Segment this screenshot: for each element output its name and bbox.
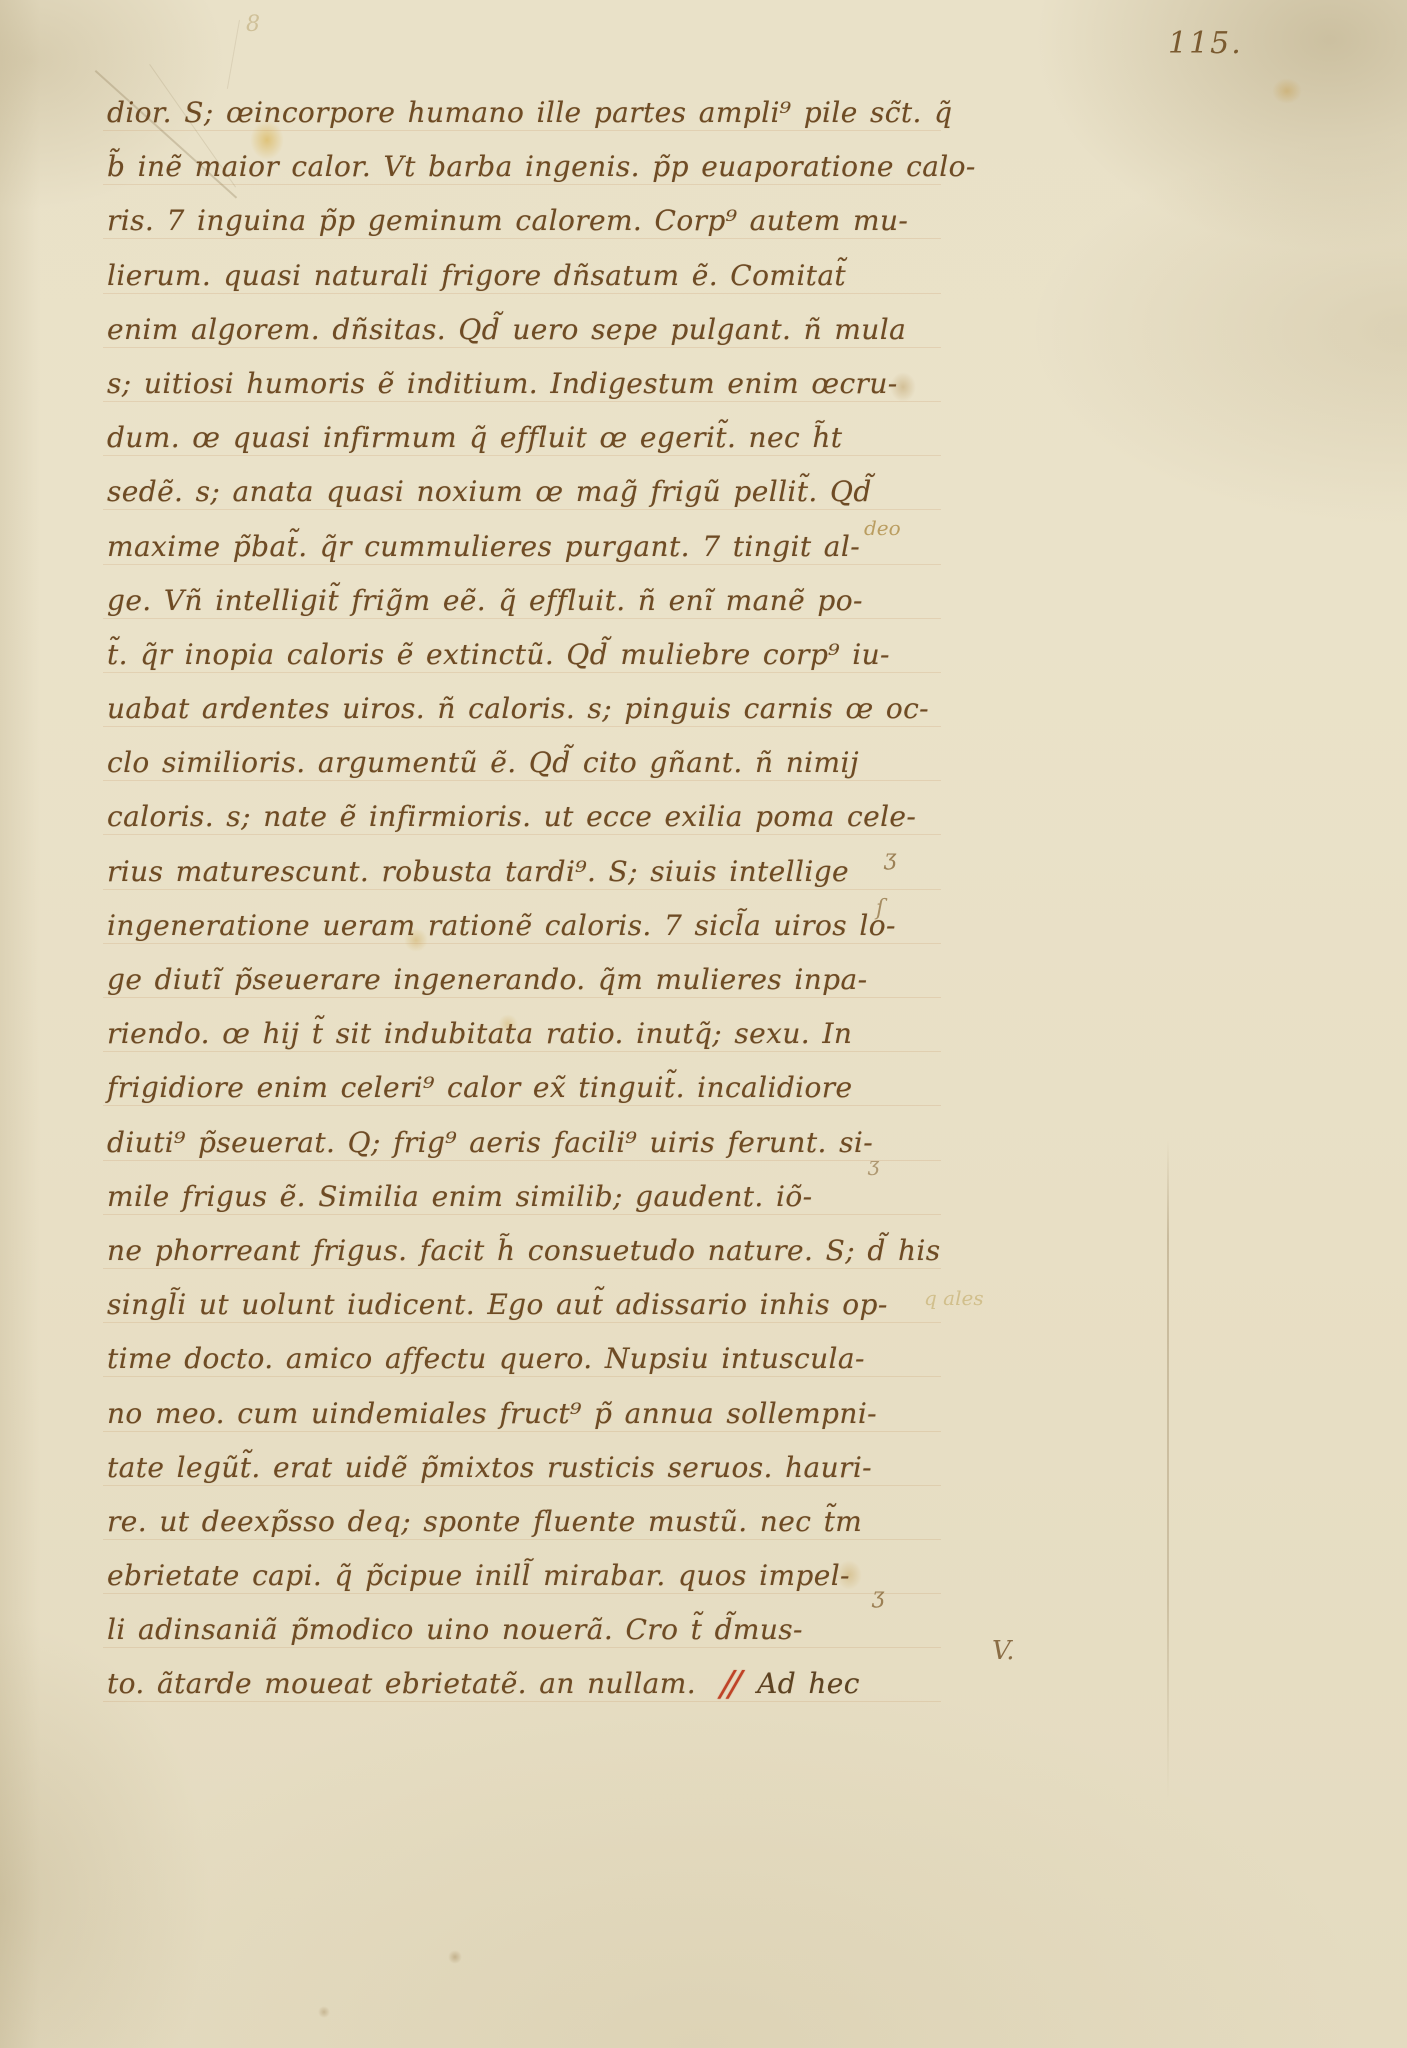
parchment-fold-line [1167, 1140, 1169, 1800]
text-line: re. ut deexp̃sso deq; sponte fluente mus… [107, 1495, 927, 1549]
text-line: s; uitiosi humoris ẽ inditium. Indigestu… [107, 357, 927, 411]
text-line: t̃. q̃r inopia caloris ẽ extinctũ. Qd̃ m… [107, 628, 927, 682]
folio-number: 115. [1168, 26, 1243, 61]
margin-note: 8 [246, 12, 260, 37]
manuscript-page: 115. dior. S; œincorpore humano ille par… [0, 0, 1407, 2048]
text-block: dior. S; œincorpore humano ille partes a… [107, 86, 927, 1712]
text-line: tate legũt̃. erat uidẽ p̃mixtos rusticis… [107, 1441, 927, 1495]
text-line: enim algorem. dñsitas. Qd̃ uero sepe pul… [107, 303, 927, 357]
text-line: li adinsaniã p̃modico uino nouerã. Cro t… [107, 1603, 927, 1657]
text-line: ne phorreant frigus. facit h̃ consuetudo… [107, 1224, 927, 1278]
text-line: clo similioris. argumentũ ẽ. Qd̃ cito gñ… [107, 736, 927, 790]
text-line: sedẽ. s; anata quasi noxium œ mag̃ frigũ… [107, 465, 927, 519]
rubric-text: Ad hec [757, 1667, 860, 1700]
text-line: time docto. amico affectu quero. Nupsiu … [107, 1332, 927, 1386]
text-line: ge. Vñ intelligit̃ frig̃m eẽ. q̃ effluit… [107, 574, 927, 628]
text-line: caloris. s; nate ẽ infirmioris. ut ecce … [107, 790, 927, 844]
text-line: ebrietate capi. q̃ p̃cipue inill̃ miraba… [107, 1549, 927, 1603]
text-line: no meo. cum uindemiales fruct⁹ p̃ annua … [107, 1387, 927, 1441]
parchment-stain [1272, 78, 1302, 104]
text-line: uabat ardentes uiros. ñ caloris. s; ping… [107, 682, 927, 736]
text-line: singl̃i ut uolunt iudicent. Ego aut̃ adi… [107, 1278, 927, 1332]
text-line: b̃ inẽ maior calor. Vt barba ingenis. p̃… [107, 140, 927, 194]
text-line: diuti⁹ p̃seuerat. Q; frig⁹ aeris facili⁹… [107, 1116, 927, 1170]
parchment-crease [227, 20, 240, 89]
last-line-text: to. ãtarde moueat ebrietatẽ. an nullam. [107, 1667, 696, 1700]
text-line-last: to. ãtarde moueat ebrietatẽ. an nullam. … [107, 1657, 927, 1711]
text-line: dum. œ quasi infirmum q̃ effluit œ egeri… [107, 411, 927, 465]
parchment-speck [448, 1950, 462, 1964]
margin-note: q ales [924, 1286, 984, 1310]
text-line: maxime p̃bat̃. q̃r cummulieres purgant. … [107, 520, 927, 574]
margin-note: V. [992, 1636, 1015, 1666]
text-line: riendo. œ hij t̃ sit indubitata ratio. i… [107, 1007, 927, 1061]
text-line: dior. S; œincorpore humano ille partes a… [107, 86, 927, 140]
parchment-speck [318, 2006, 330, 2018]
paragraph-mark-icon: // [711, 1651, 749, 1719]
text-line: lierum. quasi naturali frigore dñsatum ẽ… [107, 249, 927, 303]
text-line: rius maturescunt. robusta tardi⁹. S; siu… [107, 845, 927, 899]
text-line: ge diutĩ p̃seuerare ingenerando. q̃m mul… [107, 953, 927, 1007]
text-line: ris. 7 inguina p̃p geminum calorem. Corp… [107, 194, 927, 248]
text-line: mile frigus ẽ. Similia enim similib; gau… [107, 1170, 927, 1224]
text-line: frigidiore enim celeri⁹ calor ex̃ tingui… [107, 1061, 927, 1115]
text-line: ingeneratione ueram rationẽ caloris. 7 s… [107, 899, 927, 953]
